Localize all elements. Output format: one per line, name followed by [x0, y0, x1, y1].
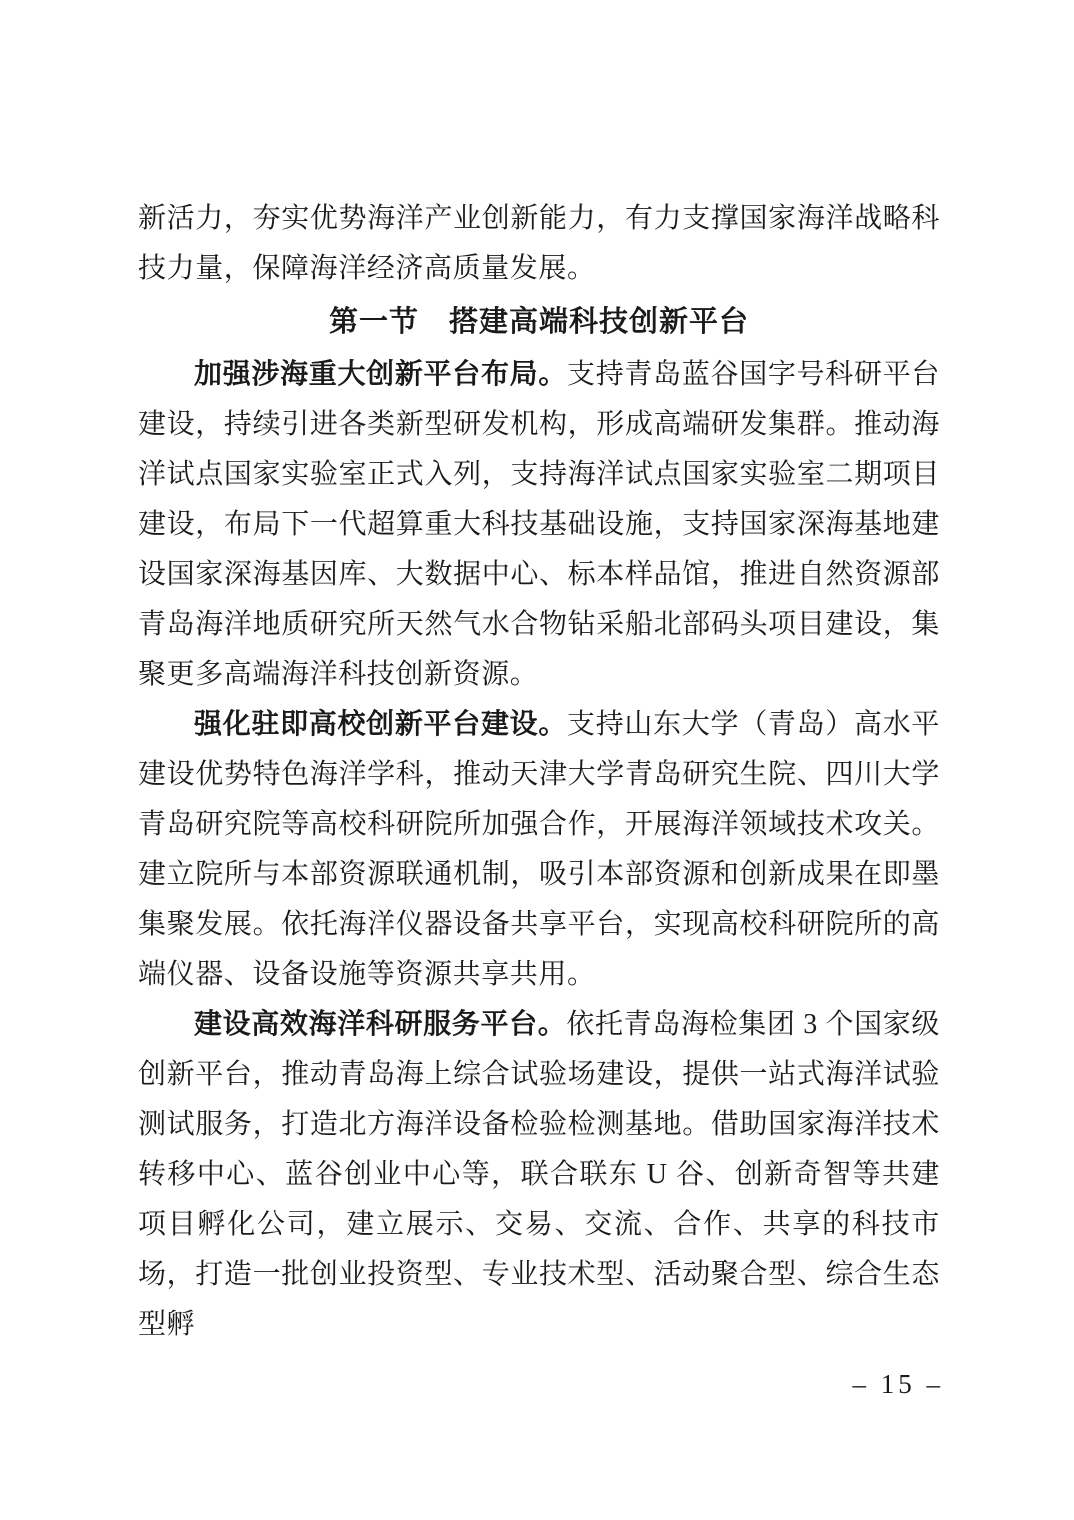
paragraph: 强化驻即高校创新平台建设。支持山东大学（青岛）高水平建设优势特色海洋学科，推动天… [138, 700, 940, 1000]
continuation-paragraph: 新活力，夯实优势海洋产业创新能力，有力支撑国家海洋战略科技力量，保障海洋经济高质… [138, 194, 940, 294]
paragraph-lead: 加强涉海重大创新平台布局。 [194, 359, 567, 390]
paragraph-body: 依托青岛海检集团 3 个国家级创新平台，推动青岛海上综合试验场建设，提供一站式海… [138, 1009, 940, 1340]
paragraph-body: 支持山东大学（青岛）高水平建设优势特色海洋学科，推动天津大学青岛研究生院、四川大… [138, 709, 940, 990]
document-page: 新活力，夯实优势海洋产业创新能力，有力支撑国家海洋战略科技力量，保障海洋经济高质… [0, 0, 1074, 1520]
paragraph-body: 支持青岛蓝谷国字号科研平台建设，持续引进各类新型研发机构，形成高端研发集群。推动… [138, 359, 940, 690]
paragraph-lead: 强化驻即高校创新平台建设。 [194, 709, 567, 740]
section-heading: 第一节 搭建高端科技创新平台 [138, 297, 940, 347]
page-number: – 15 – [853, 1368, 945, 1400]
paragraph: 建设高效海洋科研服务平台。依托青岛海检集团 3 个国家级创新平台，推动青岛海上综… [138, 1000, 940, 1350]
paragraph-lead: 建设高效海洋科研服务平台。 [194, 1009, 566, 1040]
document-body: 新活力，夯实优势海洋产业创新能力，有力支撑国家海洋战略科技力量，保障海洋经济高质… [138, 194, 940, 1350]
paragraph: 加强涉海重大创新平台布局。支持青岛蓝谷国字号科研平台建设，持续引进各类新型研发机… [138, 350, 940, 700]
